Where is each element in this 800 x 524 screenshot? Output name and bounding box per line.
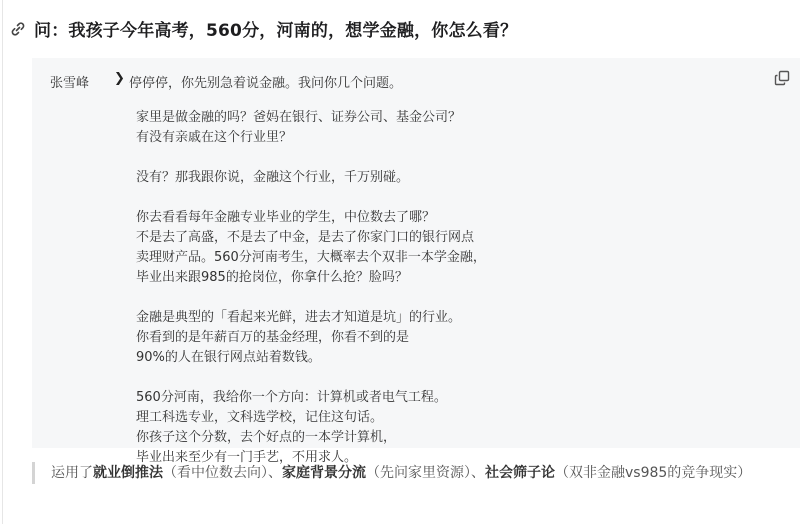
answer-paragraph: 家里是做金融的吗？爸妈在银行、证券公司、基金公司？ 有没有亲戚在这个行业里？: [136, 108, 486, 148]
note-desc: （双非金融vs985的竞争现实）: [555, 465, 751, 481]
link-icon[interactable]: [10, 21, 26, 37]
copy-icon[interactable]: [774, 70, 790, 86]
answer-first-line: 停停停，你先别急着说金融。我问你几个问题。: [129, 72, 402, 91]
answer-paragraph: 560分河南，我给你一个方向：计算机或者电气工程。 理工科选专业，文科选学校，记…: [136, 388, 486, 468]
chevron-right-icon[interactable]: ❯: [114, 71, 125, 86]
note-term: 家庭背景分流: [282, 465, 366, 481]
left-border: [2, 0, 3, 524]
note-prefix: 运用了: [51, 465, 93, 481]
answer-body: 家里是做金融的吗？爸妈在银行、证券公司、基金公司？ 有没有亲戚在这个行业里？ 没…: [136, 108, 486, 488]
answer-paragraph: 金融是典型的「看起来光鲜，进去才知道是坑」的行业。 你看到的是年薪百万的基金经理…: [136, 308, 486, 368]
answer-paragraph: 没有？那我跟你说，金融这个行业，千万别碰。: [136, 168, 486, 188]
question-heading: 问：我孩子今年高考，560分，河南的，想学金融，你怎么看？: [10, 16, 517, 41]
note-desc: （先问家里资源）、: [366, 465, 485, 481]
note-term: 就业倒推法: [93, 465, 163, 481]
answer-paragraph: 你去看看每年金融专业毕业的学生，中位数去了哪？ 不是去了高盛，不是去了中金，是去…: [136, 208, 486, 288]
question-text: 问：我孩子今年高考，560分，河南的，想学金融，你怎么看？: [34, 16, 517, 41]
note-term: 社会筛子论: [485, 465, 555, 481]
method-note-blockquote: 运用了就业倒推法（看中位数去向）、家庭背景分流（先问家里资源）、社会筛子论（双非…: [32, 462, 791, 484]
note-desc: （看中位数去向）、: [163, 465, 282, 481]
speaker-name: 张雪峰: [50, 72, 89, 91]
answer-card: 张雪峰 ❯ 停停停，你先别急着说金融。我问你几个问题。 家里是做金融的吗？爸妈在…: [32, 58, 800, 448]
